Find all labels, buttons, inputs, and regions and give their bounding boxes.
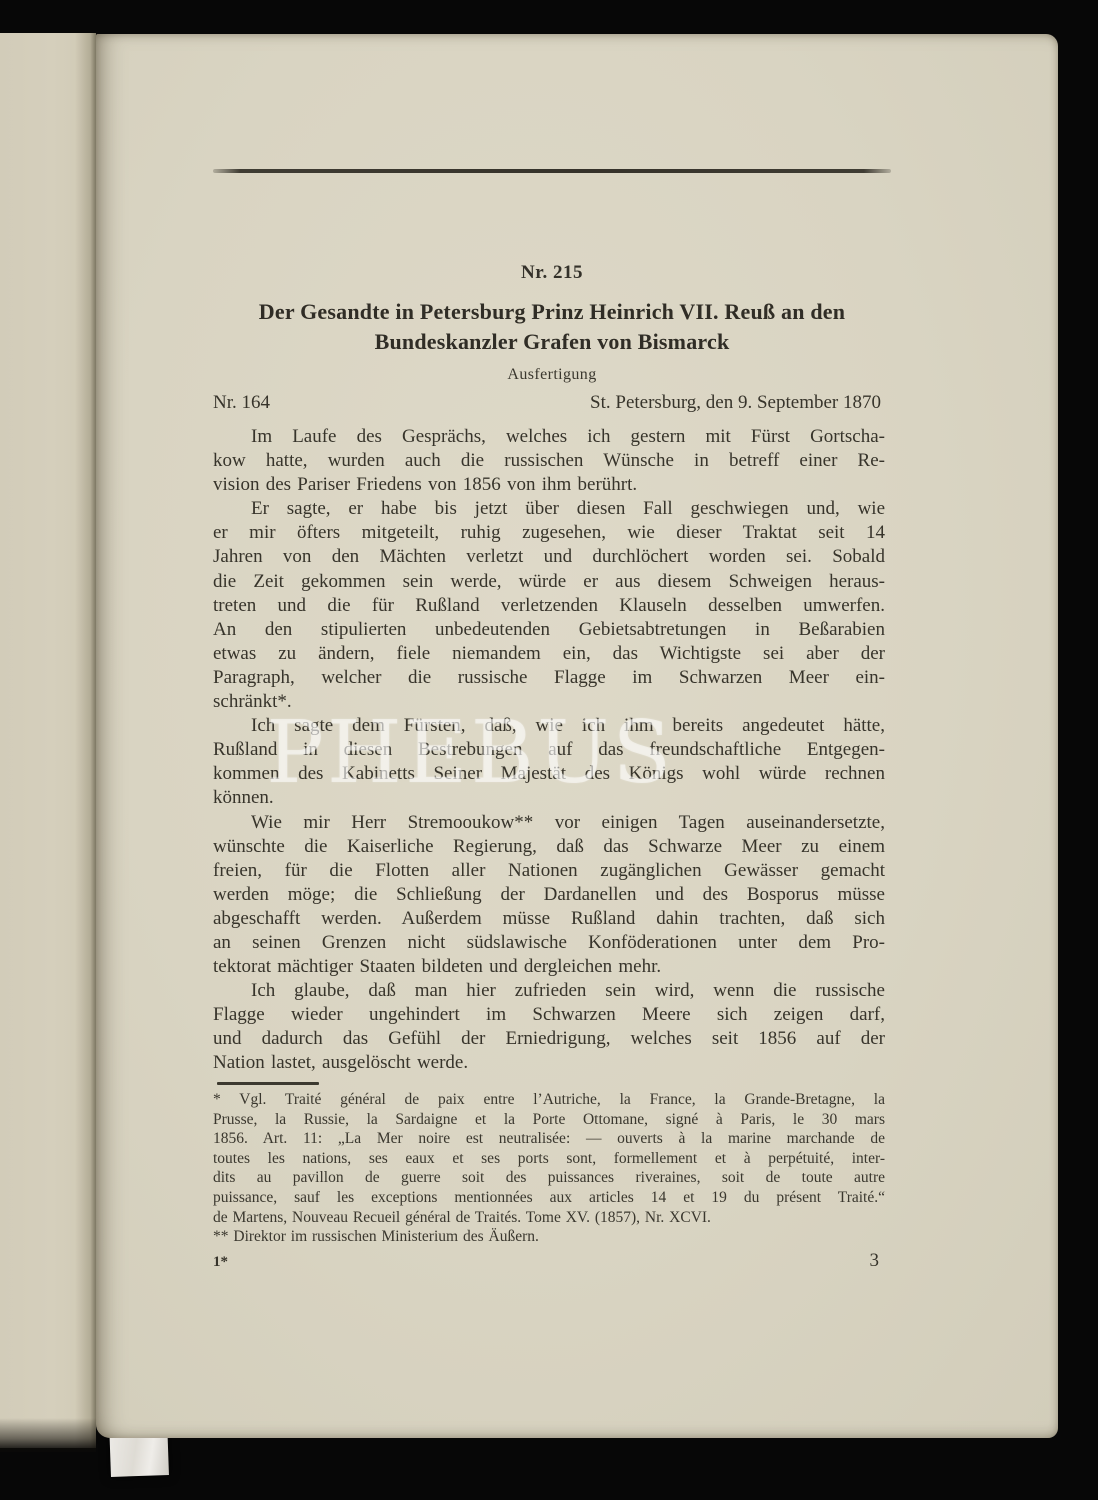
reference-number: Nr. 164	[213, 392, 270, 414]
footnote-rule	[217, 1082, 319, 1085]
text-line: Ich sagte dem Fürsten, daß, wie ich ihm …	[213, 714, 885, 738]
text-line: er mir öfters mitgeteilt, ruhig zugesehe…	[213, 521, 885, 545]
text-line: ** Direktor im russischen Ministerium de…	[213, 1227, 885, 1247]
header-rule	[213, 169, 891, 173]
page-number: 3	[870, 1250, 892, 1272]
document-subtitle: Ausfertigung	[213, 366, 891, 384]
text-line: 1856. Art. 11: „La Mer noire est neutral…	[213, 1129, 885, 1149]
text-line: werden möge; die Schließung der Dardanel…	[213, 883, 885, 907]
text-line: Rußland in diesen Bestrebungen auf das f…	[213, 738, 885, 762]
text-line: kommen des Kabinetts Seiner Majestät des…	[213, 762, 885, 786]
document-title: Der Gesandte in Petersburg Prinz Heinric…	[198, 297, 906, 357]
page-curl-shadow	[0, 1418, 96, 1452]
text-line: dits au pavillon de guerre soit des puis…	[213, 1168, 885, 1188]
text-line: und dadurch das Gefühl der Erniedrigung,…	[213, 1027, 885, 1051]
text-line: Wie mir Herr Stremooukow** vor einigen T…	[213, 811, 885, 835]
title-line-1: Der Gesandte in Petersburg Prinz Heinric…	[198, 297, 906, 327]
text-line: Flagge wieder ungehindert im Schwarzen M…	[213, 1003, 885, 1027]
text-line: freien, für die Flotten aller Nationen z…	[213, 859, 885, 883]
text-line: Nation lastet, ausgelöscht werde.	[213, 1051, 885, 1075]
text-line: Ich glaube, daß man hier zufrieden sein …	[213, 979, 885, 1003]
text-line: schränkt*.	[213, 690, 885, 714]
text-line: Im Laufe des Gesprächs, welches ich gest…	[213, 425, 885, 449]
body-text: Im Laufe des Gesprächs, welches ich gest…	[213, 425, 885, 1076]
text-line: wünschte die Kaiserliche Regierung, daß …	[213, 835, 885, 859]
page-footer: 1* 3	[213, 1250, 891, 1272]
text-line: tektorat mächtiger Staaten bildeten und …	[213, 955, 885, 979]
signature-mark: 1*	[213, 1254, 228, 1271]
text-line: abgeschafft werden. Außerdem müsse Rußla…	[213, 907, 885, 931]
text-line: die Zeit gekommen sein werde, würde er a…	[213, 570, 885, 594]
text-line: Prusse, la Russie, la Sardaigne et la Po…	[213, 1110, 885, 1130]
footnotes: * Vgl. Traité général de paix entre l’Au…	[213, 1090, 885, 1247]
text-line: Er sagte, er habe bis jetzt über diesen …	[213, 497, 885, 521]
text-line: An den stipulierten unbedeutenden Gebiet…	[213, 618, 885, 642]
text-line: an seinen Grenzen nicht südslawische Kon…	[213, 931, 885, 955]
text-line: vision des Pariser Friedens von 1856 von…	[213, 473, 885, 497]
text-line: Jahren von den Mächten verletzt und durc…	[213, 545, 885, 569]
text-line: Paragraph, welcher die russische Flagge …	[213, 666, 885, 690]
text-line: * Vgl. Traité général de paix entre l’Au…	[213, 1090, 885, 1110]
dateline: St. Petersburg, den 9. September 1870	[590, 392, 891, 414]
title-line-2: Bundeskanzler Grafen von Bismarck	[198, 327, 906, 357]
text-line: de Martens, Nouveau Recueil général de T…	[213, 1208, 885, 1228]
text-line: kow hatte, wurden auch die russischen Wü…	[213, 449, 885, 473]
book-photo: Nr. 215 Der Gesandte in Petersburg Prinz…	[0, 0, 1098, 1500]
book-page: Nr. 215 Der Gesandte in Petersburg Prinz…	[96, 34, 1058, 1438]
text-line: toutes les nations, ses eaux et ses port…	[213, 1149, 885, 1169]
text-line: puissance, sauf les exceptions mentionné…	[213, 1188, 885, 1208]
document-number: Nr. 215	[213, 262, 891, 284]
text-line: etwas zu ändern, fiele niemandem ein, da…	[213, 642, 885, 666]
text-line: können.	[213, 786, 885, 810]
text-line: treten und die für Rußland verletzenden …	[213, 594, 885, 618]
facing-page-edge	[0, 33, 96, 1448]
document-meta: Nr. 164 St. Petersburg, den 9. September…	[213, 392, 891, 414]
